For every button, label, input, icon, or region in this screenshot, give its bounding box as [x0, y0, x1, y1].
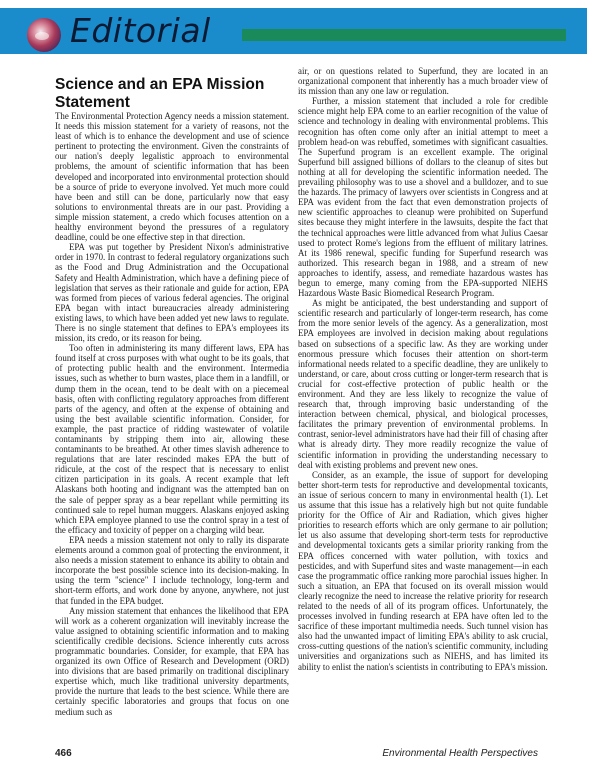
paragraph: EPA needs a mission statement not only t… [55, 535, 289, 606]
left-column: The Environmental Protection Agency need… [55, 111, 289, 717]
paragraph: air, or on questions related to Superfun… [298, 66, 548, 96]
page-number: 466 [55, 748, 72, 759]
right-column: air, or on questions related to Superfun… [298, 66, 548, 672]
header-accent-line [242, 29, 566, 41]
journal-name: Environmental Health Perspectives [382, 748, 538, 759]
paragraph: EPA was put together by President Nixon'… [55, 242, 289, 343]
paragraph: As might be anticipated, the best unders… [298, 298, 548, 470]
article-title: Science and an EPA Mission Statement [55, 76, 290, 112]
paragraph: Consider, as an example, the issue of su… [298, 470, 548, 672]
globe-icon [27, 18, 61, 52]
paragraph: Too often in administering its many diff… [55, 343, 289, 535]
section-title: Editorial [70, 11, 211, 51]
paragraph: The Environmental Protection Agency need… [55, 111, 289, 242]
paragraph: Any mission statement that enhances the … [55, 606, 289, 717]
section-header-bar: Editorial [0, 8, 587, 54]
paragraph: Further, a mission statement that includ… [298, 96, 548, 298]
